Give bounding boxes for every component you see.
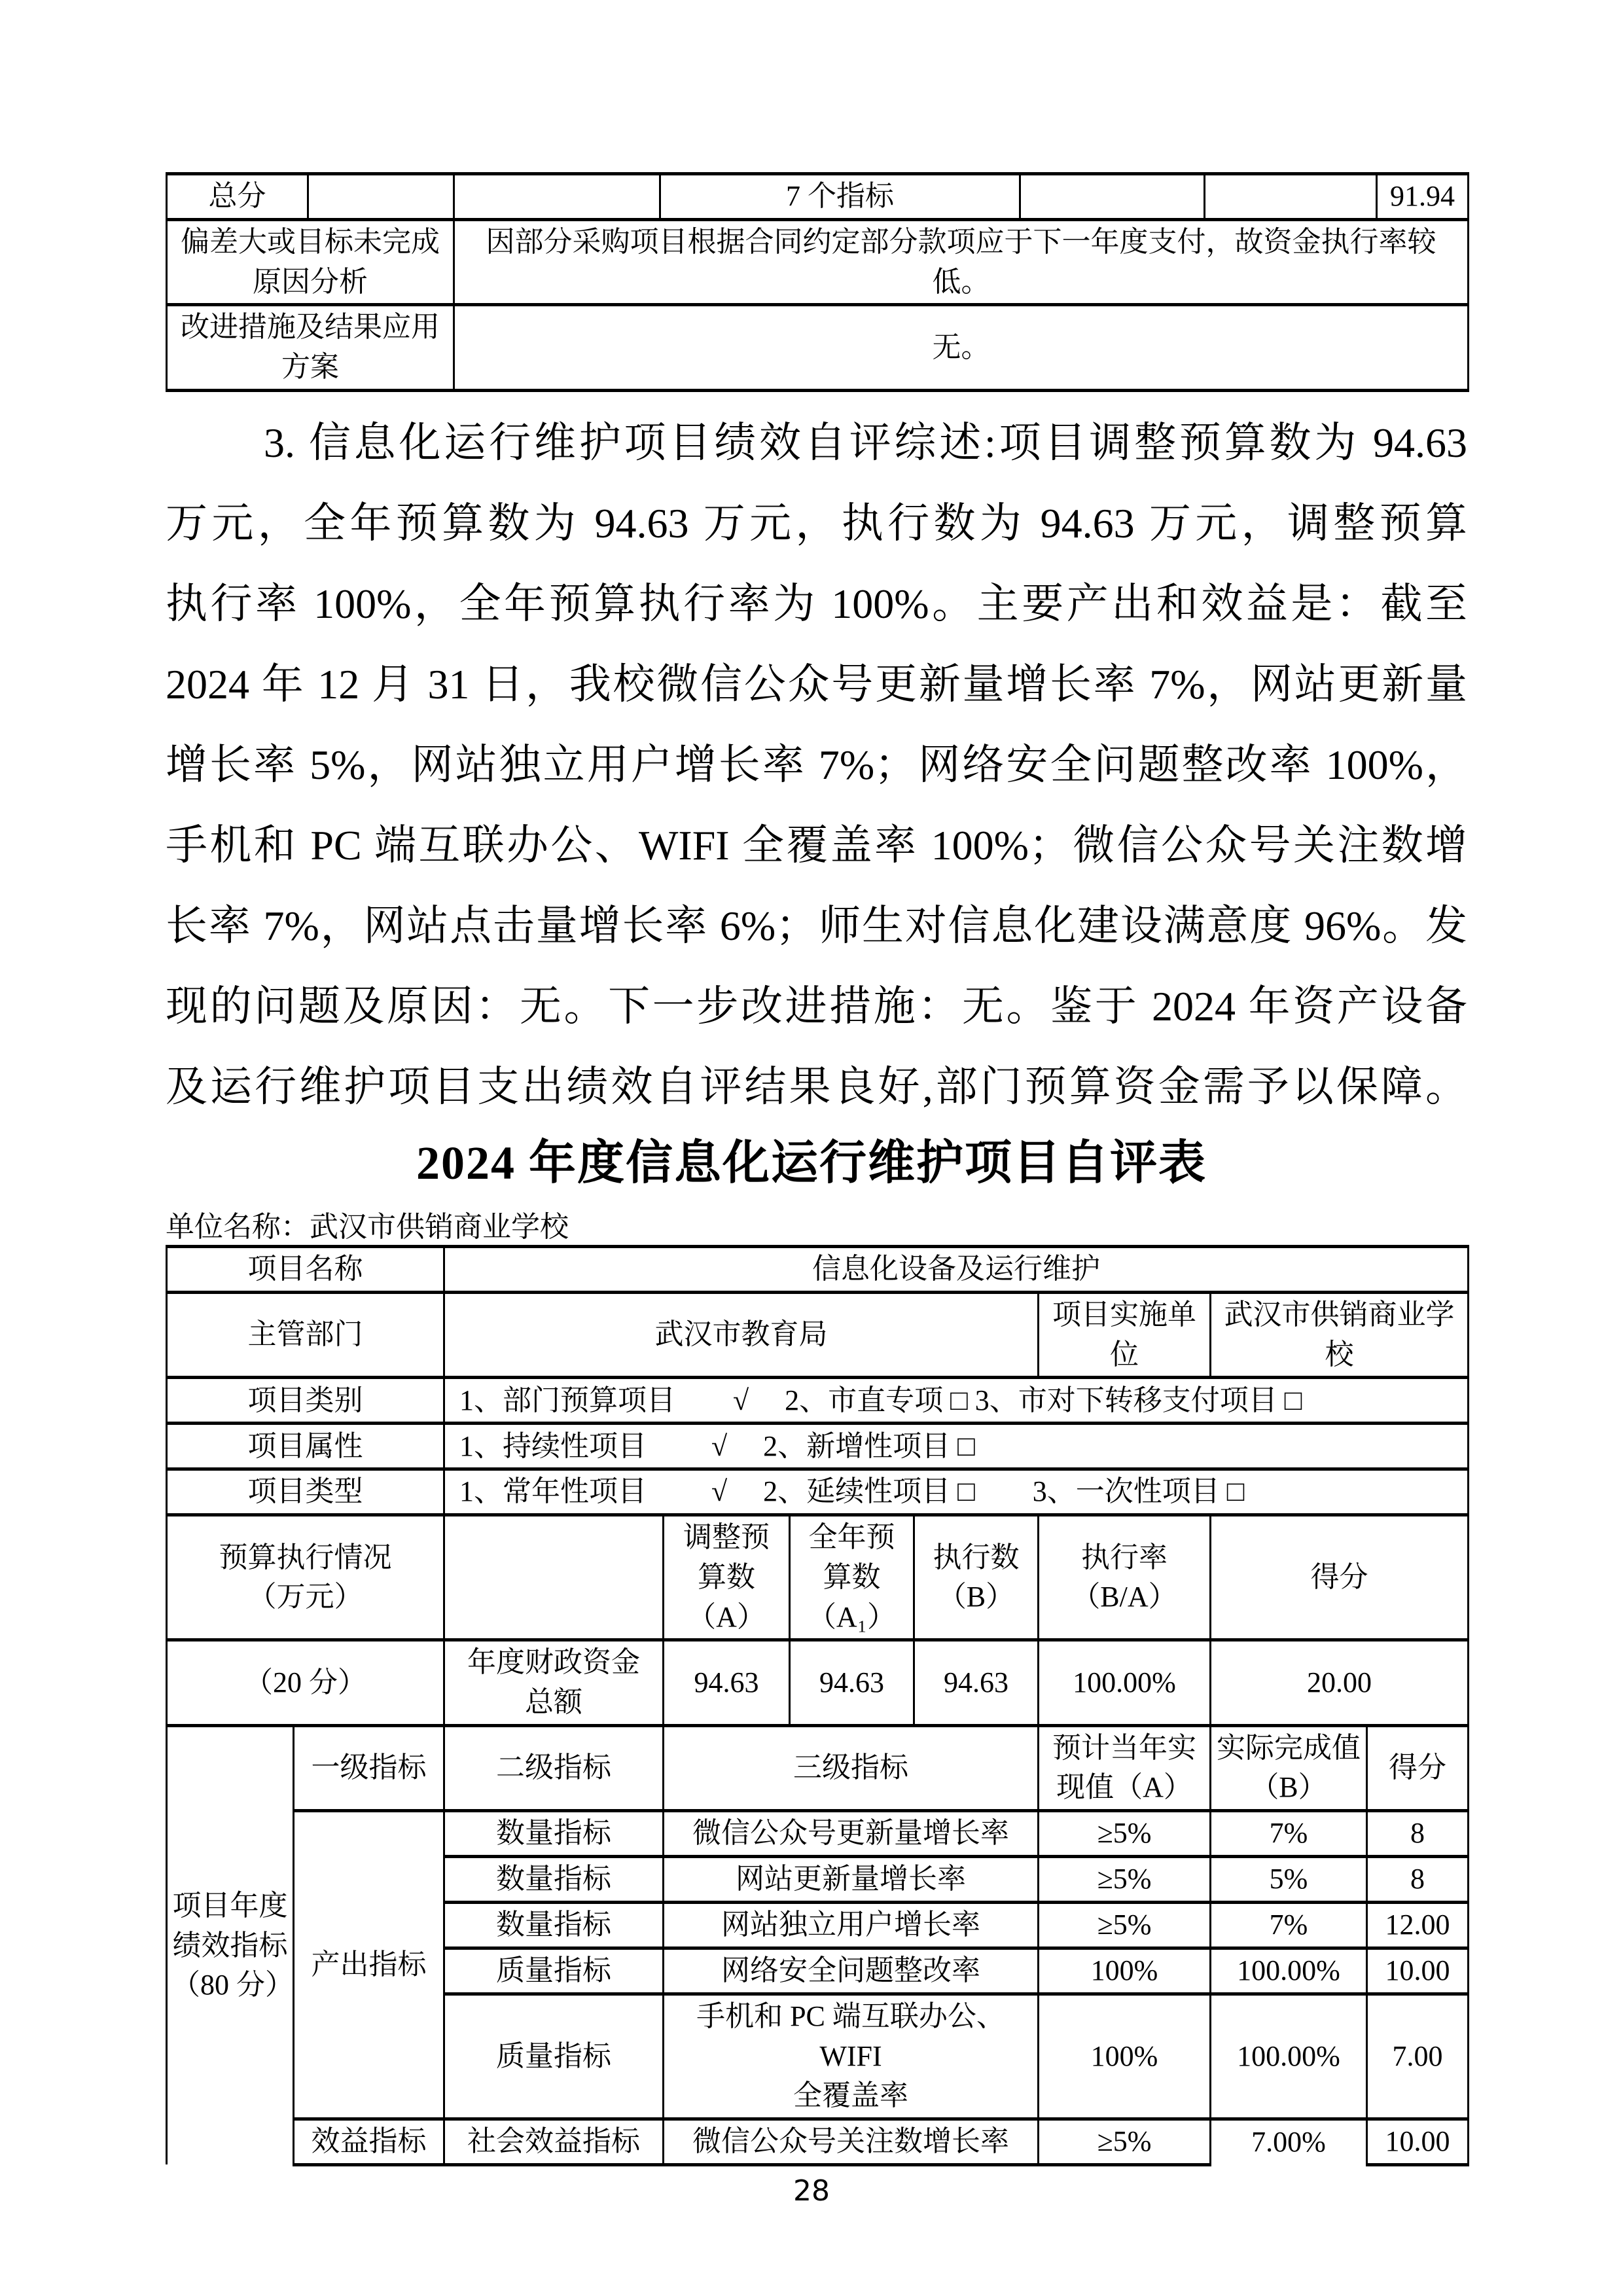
- category-label: 项目类别: [167, 1378, 444, 1424]
- project-name-value: 信息化设备及运行维护: [444, 1247, 1469, 1293]
- summary-row-deviation: 偏差大或目标未完成 原因分析 因部分采购项目根据合同约定部分款项应于下一年度支付…: [167, 220, 1469, 305]
- document-page: 总分 7 个指标 91.94 偏差大或目标未完成 原因分析 因部分采购项目根据合…: [0, 0, 1623, 2296]
- actual-cell: 5%: [1211, 1857, 1367, 1903]
- header-level3: 三级指标: [664, 1725, 1039, 1810]
- header-actual: 实际完成值 （B）: [1211, 1725, 1367, 1810]
- empty-cell: [308, 174, 454, 220]
- actual-cell: 7%: [1211, 1903, 1367, 1948]
- budget-score-label: （20 分）: [167, 1640, 444, 1725]
- col-exec-rate: 执行率 （B/A）: [1039, 1515, 1211, 1640]
- row-dept: 主管部门 武汉市教育局 项目实施单 位 武汉市供销商业学 校: [167, 1293, 1469, 1378]
- type-label: 项目类型: [167, 1469, 444, 1515]
- level3-cell: 网站独立用户增长率: [664, 1903, 1039, 1948]
- budget-score-value: 20.00: [1211, 1640, 1469, 1725]
- score-cell: 8: [1367, 1811, 1469, 1857]
- benefit-indicator-cell: 效益指标: [294, 2119, 444, 2165]
- level2-cell: 社会效益指标: [444, 2119, 664, 2165]
- budget-empty-cell: [444, 1515, 664, 1640]
- row-project-name: 项目名称 信息化设备及运行维护: [167, 1247, 1469, 1293]
- dept-label: 主管部门: [167, 1293, 444, 1378]
- improvement-label-cell: 改进措施及结果应用 方案: [167, 305, 454, 390]
- paragraph-line: 现的问题及原因：无。下一步改进措施：无。鉴于 2024 年资产设备: [166, 966, 1467, 1047]
- row-attribute: 项目属性 1、持续性项目 √ 2、新增性项目 □: [167, 1424, 1469, 1469]
- level2-cell: 数量指标: [444, 1811, 664, 1857]
- deviation-label-cell: 偏差大或目标未完成 原因分析: [167, 220, 454, 305]
- paragraph-line: 增长率 5%，网站独立用户增长率 7%；网络安全问题整改率 100%，: [166, 725, 1467, 805]
- level3-cell: 网络安全问题整改率: [664, 1948, 1039, 1994]
- expected-cell: 100%: [1039, 1994, 1211, 2119]
- empty-cell: [454, 174, 660, 220]
- attribute-label: 项目属性: [167, 1424, 444, 1469]
- level3-cell: 微信公众号更新量增长率: [664, 1811, 1039, 1857]
- expected-cell: ≥5%: [1039, 2119, 1211, 2165]
- level2-cell: 数量指标: [444, 1903, 664, 1948]
- output-indicator-cell: 产出指标: [294, 1811, 444, 2119]
- indicator-row: 效益指标 社会效益指标 微信公众号关注数增长率 ≥5% 7.00% 10.00: [167, 2119, 1469, 2165]
- row-type: 项目类型 1、常年性项目 √ 2、延续性项目 □ 3、一次性项目 □: [167, 1469, 1469, 1515]
- level2-cell: 质量指标: [444, 1994, 664, 2119]
- row-budget-values: （20 分） 年度财政资金 总额 94.63 94.63 94.63 100.0…: [167, 1640, 1469, 1725]
- level2-cell: 质量指标: [444, 1948, 664, 1994]
- empty-cell: [1020, 174, 1205, 220]
- row-indicator-header: 项目年度 绩效指标 （80 分） 一级指标 二级指标 三级指标 预计当年实 现值…: [167, 1725, 1469, 1810]
- summary-table: 总分 7 个指标 91.94 偏差大或目标未完成 原因分析 因部分采购项目根据合…: [166, 172, 1469, 392]
- actual-cell: 100.00%: [1211, 1948, 1367, 1994]
- actual-cell: 7%: [1211, 1811, 1367, 1857]
- expected-cell: ≥5%: [1039, 1811, 1211, 1857]
- empty-cell: [1205, 174, 1377, 220]
- impl-unit-value: 武汉市供销商业学 校: [1211, 1293, 1469, 1378]
- page-number: 28: [0, 2174, 1623, 2208]
- header-score: 得分: [1367, 1725, 1469, 1810]
- type-value: 1、常年性项目 √ 2、延续性项目 □ 3、一次性项目 □: [444, 1469, 1469, 1515]
- impl-unit-label: 项目实施单 位: [1039, 1293, 1211, 1378]
- actual-cell: 100.00%: [1211, 1994, 1367, 2119]
- score-cell: 7.00: [1367, 1994, 1469, 2119]
- expected-cell: 100%: [1039, 1948, 1211, 1994]
- score-cell: 8: [1367, 1857, 1469, 1903]
- annual-budget-value: 94.63: [790, 1640, 914, 1725]
- paragraph-line: 执行率 100%，全年预算执行率为 100%。主要产出和效益是：截至: [166, 564, 1467, 644]
- budget-row-name: 年度财政资金 总额: [444, 1640, 664, 1725]
- paragraph-line: 手机和 PC 端互联办公、WIFI 全覆盖率 100%；微信公众号关注数增: [166, 805, 1467, 886]
- evaluation-table: 项目名称 信息化设备及运行维护 主管部门 武汉市教育局 项目实施单 位 武汉市供…: [166, 1245, 1469, 2166]
- expected-cell: ≥5%: [1039, 1857, 1211, 1903]
- total-score-cell: 91.94: [1377, 174, 1469, 220]
- level3-cell: 手机和 PC 端互联办公、WIFI 全覆盖率: [664, 1994, 1039, 2119]
- paragraph-line: 万元，全年预算数为 94.63 万元，执行数为 94.63 万元，调整预算: [166, 483, 1467, 564]
- level3-cell: 网站更新量增长率: [664, 1857, 1039, 1903]
- annual-indicators-label: 项目年度 绩效指标 （80 分）: [167, 1725, 294, 2164]
- col-executed: 执行数 （B）: [914, 1515, 1039, 1640]
- actual-cell: 7.00%: [1211, 2119, 1367, 2165]
- budget-section-label: 预算执行情况 （万元）: [167, 1515, 444, 1640]
- score-cell: 10.00: [1367, 2119, 1469, 2165]
- self-eval-paragraph: 3. 信息化运行维护项目绩效自评综述:项目调整预算数为 94.63 万元，全年预…: [166, 403, 1467, 1127]
- adjusted-budget-value: 94.63: [664, 1640, 790, 1725]
- category-value: 1、部门预算项目 √ 2、市直专项 □ 3、市对下转移支付项目 □: [444, 1378, 1469, 1424]
- score-cell: 12.00: [1367, 1903, 1469, 1948]
- paragraph-line: 2024 年 12 月 31 日，我校微信公众号更新量增长率 7%，网站更新量: [166, 644, 1467, 725]
- paragraph-line: 长率 7%，网站点击量增长率 6%；师生对信息化建设满意度 96%。发: [166, 886, 1467, 966]
- level3-cell: 微信公众号关注数增长率: [664, 2119, 1039, 2165]
- level2-cell: 数量指标: [444, 1857, 664, 1903]
- score-cell: 10.00: [1367, 1948, 1469, 1994]
- summary-row-improvement: 改进措施及结果应用 方案 无。: [167, 305, 1469, 390]
- paragraph-line: 3. 信息化运行维护项目绩效自评综述:项目调整预算数为 94.63: [166, 403, 1467, 483]
- exec-rate-value: 100.00%: [1039, 1640, 1211, 1725]
- total-label-cell: 总分: [167, 174, 308, 220]
- paragraph-line: 及运行维护项目支出绩效自评结果良好,部门预算资金需予以保障。: [166, 1047, 1467, 1127]
- row-budget-header: 预算执行情况 （万元） 调整预 算数 （A） 全年预 算数 （A₁） 执行数 （…: [167, 1515, 1469, 1640]
- project-name-label: 项目名称: [167, 1247, 444, 1293]
- unit-name: 单位名称：武汉市供销商业学校: [166, 1203, 569, 1245]
- improvement-content-cell: 无。: [454, 305, 1469, 390]
- row-category: 项目类别 1、部门预算项目 √ 2、市直专项 □ 3、市对下转移支付项目 □: [167, 1378, 1469, 1424]
- expected-cell: ≥5%: [1039, 1903, 1211, 1948]
- header-level1: 一级指标: [294, 1725, 444, 1810]
- col-score: 得分: [1211, 1515, 1469, 1640]
- executed-value: 94.63: [914, 1640, 1039, 1725]
- dept-value: 武汉市教育局: [444, 1293, 1039, 1378]
- header-expected: 预计当年实 现值（A）: [1039, 1725, 1211, 1810]
- indicator-count-cell: 7 个指标: [660, 174, 1020, 220]
- col-adjusted-budget: 调整预 算数 （A）: [664, 1515, 790, 1640]
- col-annual-budget: 全年预 算数 （A₁）: [790, 1515, 914, 1640]
- indicator-row: 产出指标 数量指标 微信公众号更新量增长率 ≥5% 7% 8: [167, 1811, 1469, 1857]
- summary-row-total: 总分 7 个指标 91.94: [167, 174, 1469, 220]
- deviation-content-cell: 因部分采购项目根据合同约定部分款项应于下一年度支付，故资金执行率较低。: [454, 220, 1469, 305]
- document-title: 2024 年度信息化运行维护项目自评表: [0, 1124, 1623, 1193]
- attribute-value: 1、持续性项目 √ 2、新增性项目 □: [444, 1424, 1469, 1469]
- header-level2: 二级指标: [444, 1725, 664, 1810]
